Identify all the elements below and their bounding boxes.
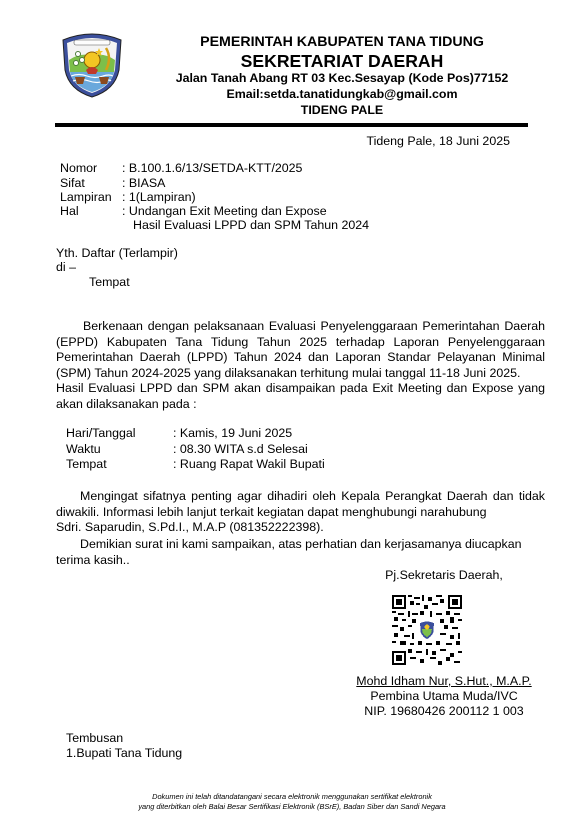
meta-label-lampiran: Lampiran xyxy=(60,190,112,205)
event-value-time: : 08.30 WITA s.d Selesai xyxy=(173,442,308,457)
body-paragraph-4-line2: terima kasih.. xyxy=(56,553,130,568)
signatory-title: Pj.Sekretaris Daerah, xyxy=(352,568,536,584)
recipient-di: di – xyxy=(56,260,76,275)
meta-value-hal: : Undangan Exit Meeting dan Expose xyxy=(122,204,327,219)
meta-label-nomor: Nomor xyxy=(60,161,97,176)
body-paragraph-4-line1: Demikian surat ini kami sampaikan, atas … xyxy=(80,537,521,552)
event-label-time: Waktu xyxy=(66,442,101,457)
body-paragraph-1: Berkenaan dengan pelaksanaan Evaluasi Pe… xyxy=(56,319,545,381)
office-name: SEKRETARIAT DAERAH xyxy=(130,51,554,72)
e-signature-notice-line1: Dokumen ini telah ditandatangani secara … xyxy=(0,792,584,802)
event-label-place: Tempat xyxy=(66,457,107,472)
office-address: Jalan Tanah Abang RT 03 Kec.Sesayap (Kod… xyxy=(130,71,554,85)
meta-value-sifat: : BIASA xyxy=(122,176,165,191)
office-city: TIDENG PALE xyxy=(130,103,554,117)
place-date: Tideng Pale, 18 Juni 2025 xyxy=(366,134,510,149)
e-signature-notice-line2: yang diterbitkan oleh Balai Besar Sertif… xyxy=(0,802,584,812)
meta-label-hal: Hal xyxy=(60,204,79,219)
body-paragraph-3-line2: diwakili. Informasi lebih lanjut terkait… xyxy=(56,505,487,520)
meta-value-nomor: : B.100.1.6/13/SETDA-KTT/2025 xyxy=(122,161,302,176)
office-email: Email:setda.tanatidungkab@gmail.com xyxy=(130,87,554,101)
meta-value-lampiran: : 1(Lampiran) xyxy=(122,190,196,205)
signatory-nip: NIP. 19680426 200112 1 003 xyxy=(352,704,536,720)
event-value-date: : Kamis, 19 Juni 2025 xyxy=(173,426,292,441)
body-paragraph-3-line3: Sdri. Saparudin, S.Pd.I., M.A.P (0813522… xyxy=(56,520,324,535)
recipient-place: Tempat xyxy=(89,275,130,290)
signatory-rank: Pembina Utama Muda/IVC xyxy=(352,689,536,705)
cc-item: 1.Bupati Tana Tidung xyxy=(66,746,182,761)
regency-coat-of-arms-icon xyxy=(59,30,125,98)
body-paragraph-3-line1: Mengingat sifatnya penting agar dihadiri… xyxy=(56,489,545,505)
body-paragraph-2: Hasil Evaluasi LPPD dan SPM akan disampa… xyxy=(56,381,545,412)
event-label-date: Hari/Tanggal xyxy=(66,426,136,441)
recipient-line: Yth. Daftar (Terlampir) xyxy=(56,246,178,261)
signatory-name: Mohd Idham Nur, S.Hut., M.A.P. xyxy=(352,674,536,690)
event-value-place: : Ruang Rapat Wakil Bupati xyxy=(173,457,325,472)
meta-value-hal-line2: Hasil Evaluasi LPPD dan SPM Tahun 2024 xyxy=(133,218,369,233)
cc-heading: Tembusan xyxy=(66,731,123,746)
letterhead-divider xyxy=(55,123,528,127)
qr-code-signature-icon xyxy=(392,595,462,665)
meta-label-sifat: Sifat xyxy=(60,176,85,191)
government-name: PEMERINTAH KABUPATEN TANA TIDUNG xyxy=(130,34,554,50)
